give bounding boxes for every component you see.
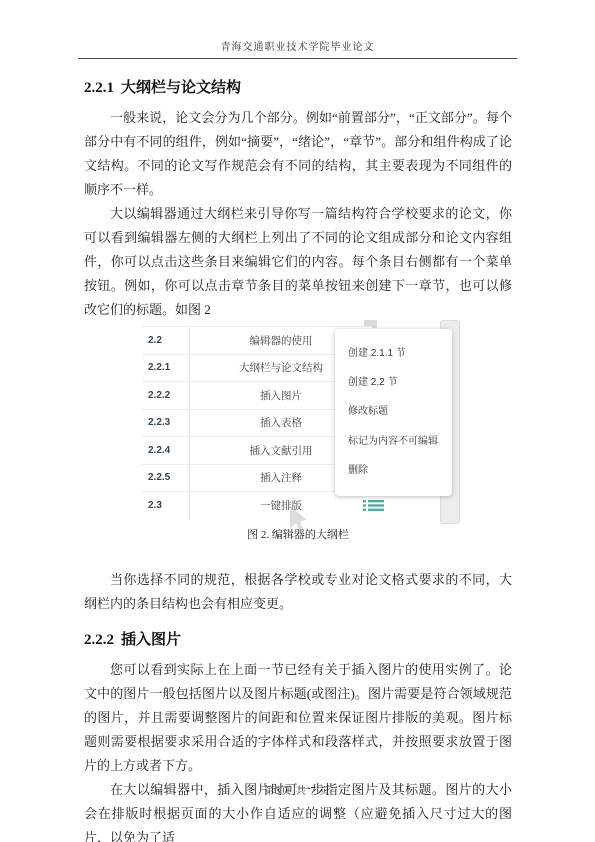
mouse-cursor-icon — [288, 506, 308, 536]
outline-item-number: 2.2.3 — [142, 410, 190, 437]
outline-item-number: 2.2.2 — [142, 382, 190, 409]
editor-outline-screenshot: 2.2 编辑器的使用 2.2.1 大纲栏与论文结构 2.2.2 插入图片 2.2… — [142, 324, 454, 520]
section-heading-2-2-2: 2.2.2插入图片 — [84, 630, 512, 650]
document-page: 青海交通职业技术学院毕业论文 2.2.1大纲栏与论文结构 一般来说，论文会分为几… — [0, 0, 595, 842]
menu-item-delete: 删除 — [335, 465, 452, 477]
menu-item-create-subsection: 创建 2.1.1 节 — [335, 348, 452, 360]
outline-item-label: 一键排版 — [190, 498, 372, 513]
paragraph-outline-guide: 大以编辑器通过大纲栏来引导你写一篇结构符合学校要求的论文，你可以看到编辑器左侧的… — [84, 202, 512, 322]
page-content: 2.2.1大纲栏与论文结构 一般来说，论文会分为几个部分。例如“前置部分”，“正… — [84, 76, 512, 842]
section-heading-2-2-1: 2.2.1大纲栏与论文结构 — [84, 78, 512, 98]
outline-item-number: 2.2.1 — [142, 355, 190, 382]
menu-item-rename: 修改标题 — [335, 406, 452, 418]
paragraph-spec-variation: 当你选择不同的规范，根据各学校或专业对论文格式要求的不同，大纲栏内的条目结构也会… — [84, 568, 512, 616]
section-number: 2.2.2 — [84, 632, 114, 648]
menu-item-mark-readonly: 标记为内容不可编辑 — [335, 436, 452, 448]
paragraph-thesis-structure: 一般来说，论文会分为几个部分。例如“前置部分”，“正文部分”。每个部分中有不同的… — [84, 106, 512, 202]
paragraph-image-usage: 您可以看到实际上在上面一节已经有关于插入图片的使用实例了。论文中的图片一般包括图… — [84, 658, 512, 778]
section-title: 大纲栏与论文结构 — [121, 79, 241, 96]
running-header: 青海交通职业技术学院毕业论文 — [78, 38, 517, 59]
outline-item-number: 2.2.5 — [142, 465, 190, 492]
figure-2: 2.2 编辑器的使用 2.2.1 大纲栏与论文结构 2.2.2 插入图片 2.2… — [142, 324, 454, 542]
outline-item-number: 2.2.4 — [142, 437, 190, 464]
outline-item-number: 2.2 — [142, 327, 190, 354]
page-number-footer: 第3页 共 7 页 — [0, 782, 595, 797]
menu-item-create-section: 创建 2.2 节 — [335, 377, 452, 389]
section-number: 2.2.1 — [84, 80, 114, 96]
outline-context-menu: 创建 2.1.1 节 创建 2.2 节 修改标题 标记为内容不可编辑 删除 — [335, 329, 452, 496]
outline-item-number: 2.3 — [142, 492, 190, 519]
section-title: 插入图片 — [121, 631, 181, 648]
format-list-icon — [363, 499, 384, 512]
